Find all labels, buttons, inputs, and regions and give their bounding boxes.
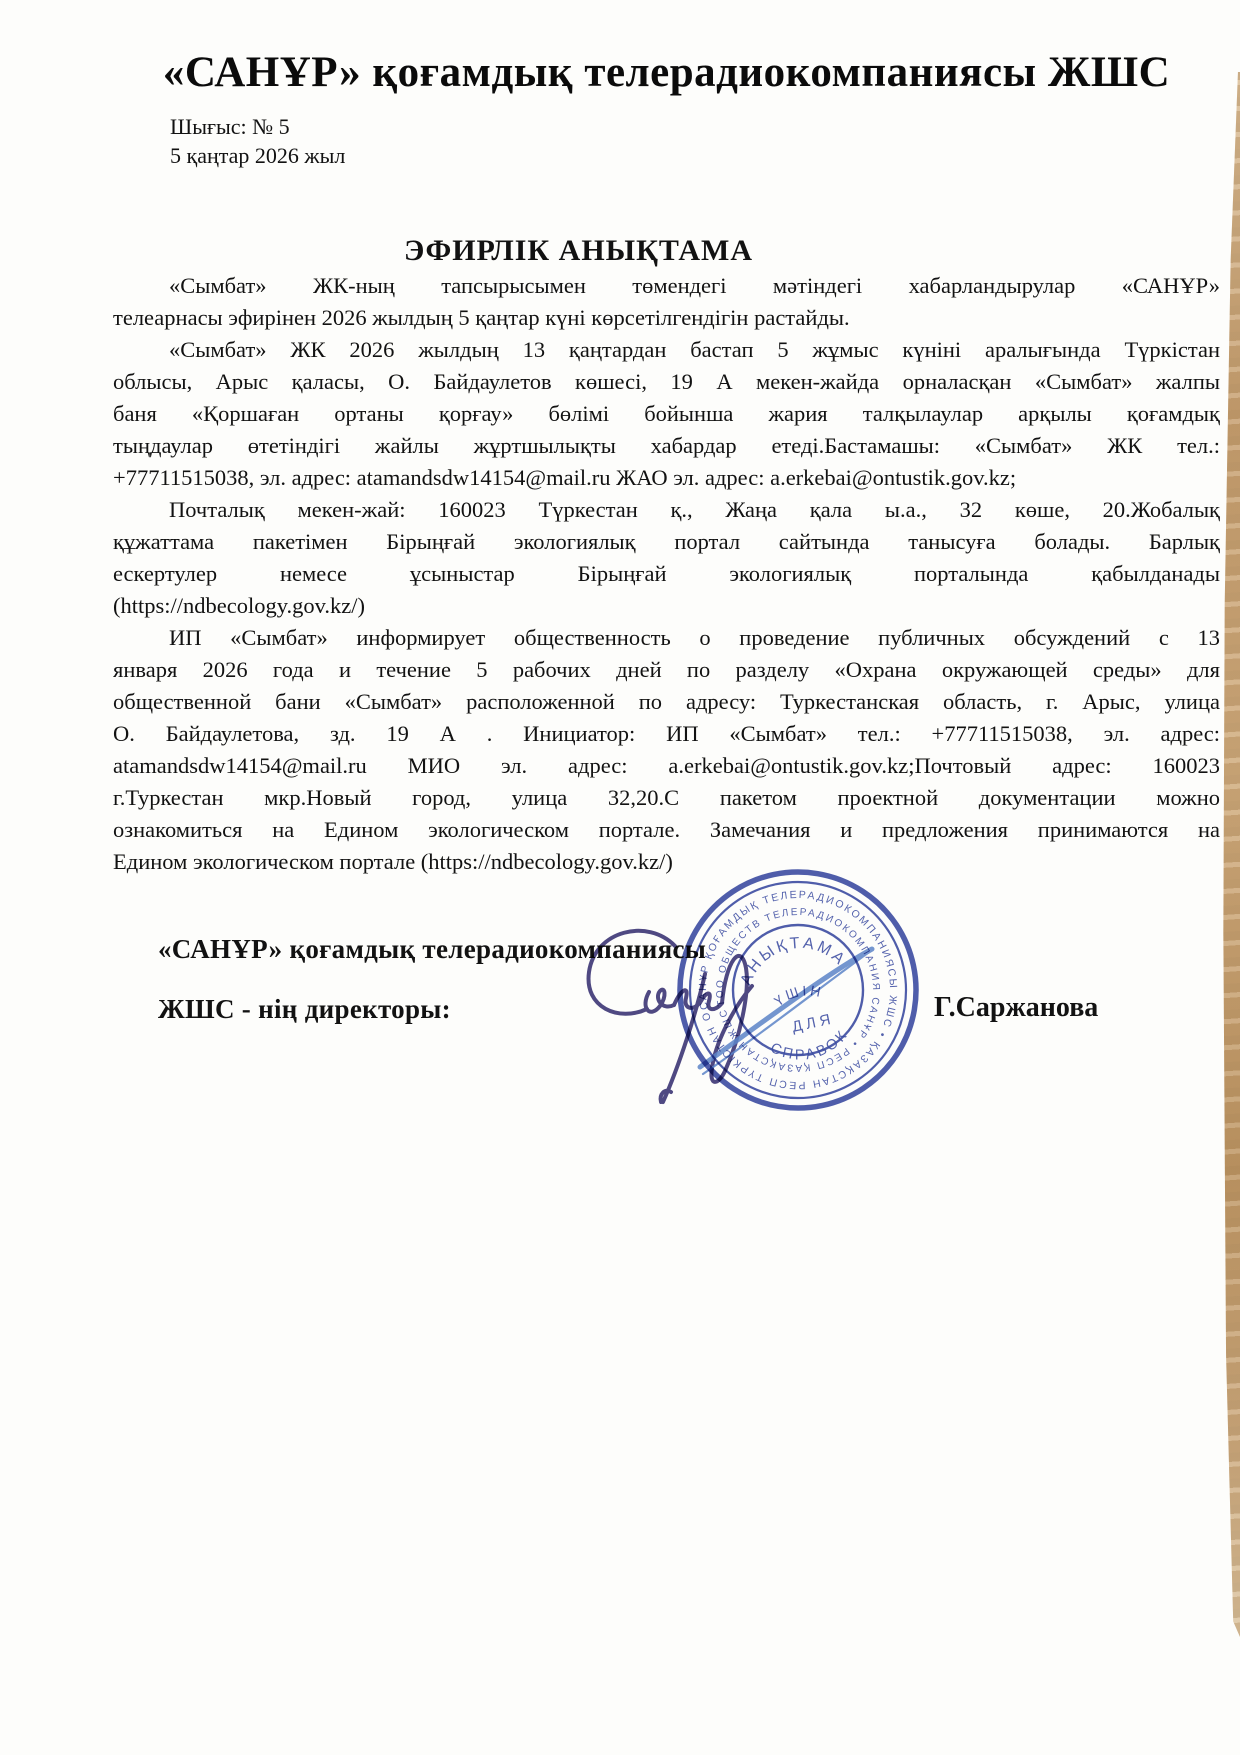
scanned-page-edge-artifact [1223,72,1240,1637]
paragraph-line: января 2026 года и течение 5 рабочих дне… [113,654,1220,686]
paragraph-line: Едином экологическом портале (https://nd… [113,846,1220,878]
document-heading: ЭФИРЛІК АНЫҚТАМА [25,234,1132,268]
paragraph-line: тыңдаулар өтетіндігі жайлы жұртшылықты х… [113,430,1220,462]
paragraph-line: ескертулер немесе ұсыныстар Бірыңғай эко… [113,558,1220,590]
document-body: «Сымбат» ЖК-ның тапсырысымен төмендегі м… [113,270,1220,878]
paragraph-line: «Сымбат» ЖК-ның тапсырысымен төмендегі м… [113,270,1220,302]
outgoing-number: Шығыс: № 5 [170,112,290,141]
company-title: «САНҰР» қоғамдық телерадиокомпаниясы ЖШС [113,48,1220,97]
paragraph-line: құжаттама пакетімен Бірыңғай экологиялық… [113,526,1220,558]
paragraph-line: общественной бани «Сымбат» расположенной… [113,686,1220,718]
paragraph-line: atamandsdw14154@mail.ru МИО эл. адрес: a… [113,750,1220,782]
paragraph-line: баня «Қоршаған ортаны қорғау» бөлімі бой… [113,398,1220,430]
paragraph-line: г.Туркестан мкр.Новый город, улица 32,20… [113,782,1220,814]
paragraph-line: +77711515038, эл. адрес: atamandsdw14154… [113,462,1220,494]
paragraph-line: (https://ndbecology.gov.kz/) [113,590,1220,622]
paragraph-line: «Сымбат» ЖК 2026 жылдың 13 қаңтардан бас… [113,334,1220,366]
scanned-document-page: «САНҰР» қоғамдық телерадиокомпаниясы ЖШС… [0,0,1240,1755]
paragraph-line: телеарнасы эфирінен 2026 жылдың 5 қаңтар… [113,302,1220,334]
director-name: Г.Саржанова [934,992,1098,1024]
paragraph-line: О. Байдаулетова, зд. 19 А . Инициатор: И… [113,718,1220,750]
paragraph-line: облысы, Арыс қаласы, О. Байдаулетов көше… [113,366,1220,398]
paragraph-line: ИП «Сымбат» информирует общественность о… [113,622,1220,654]
paragraph-line: ознакомиться на Едином экологическом пор… [113,814,1220,846]
document-date: 5 қаңтар 2026 жыл [170,141,345,170]
paragraph-line: Почталық мекен-жай: 160023 Түркестан қ.,… [113,494,1220,526]
signature-director-line: ЖШС - нің директоры: [158,994,451,1025]
director-signature-icon [553,916,897,1130]
